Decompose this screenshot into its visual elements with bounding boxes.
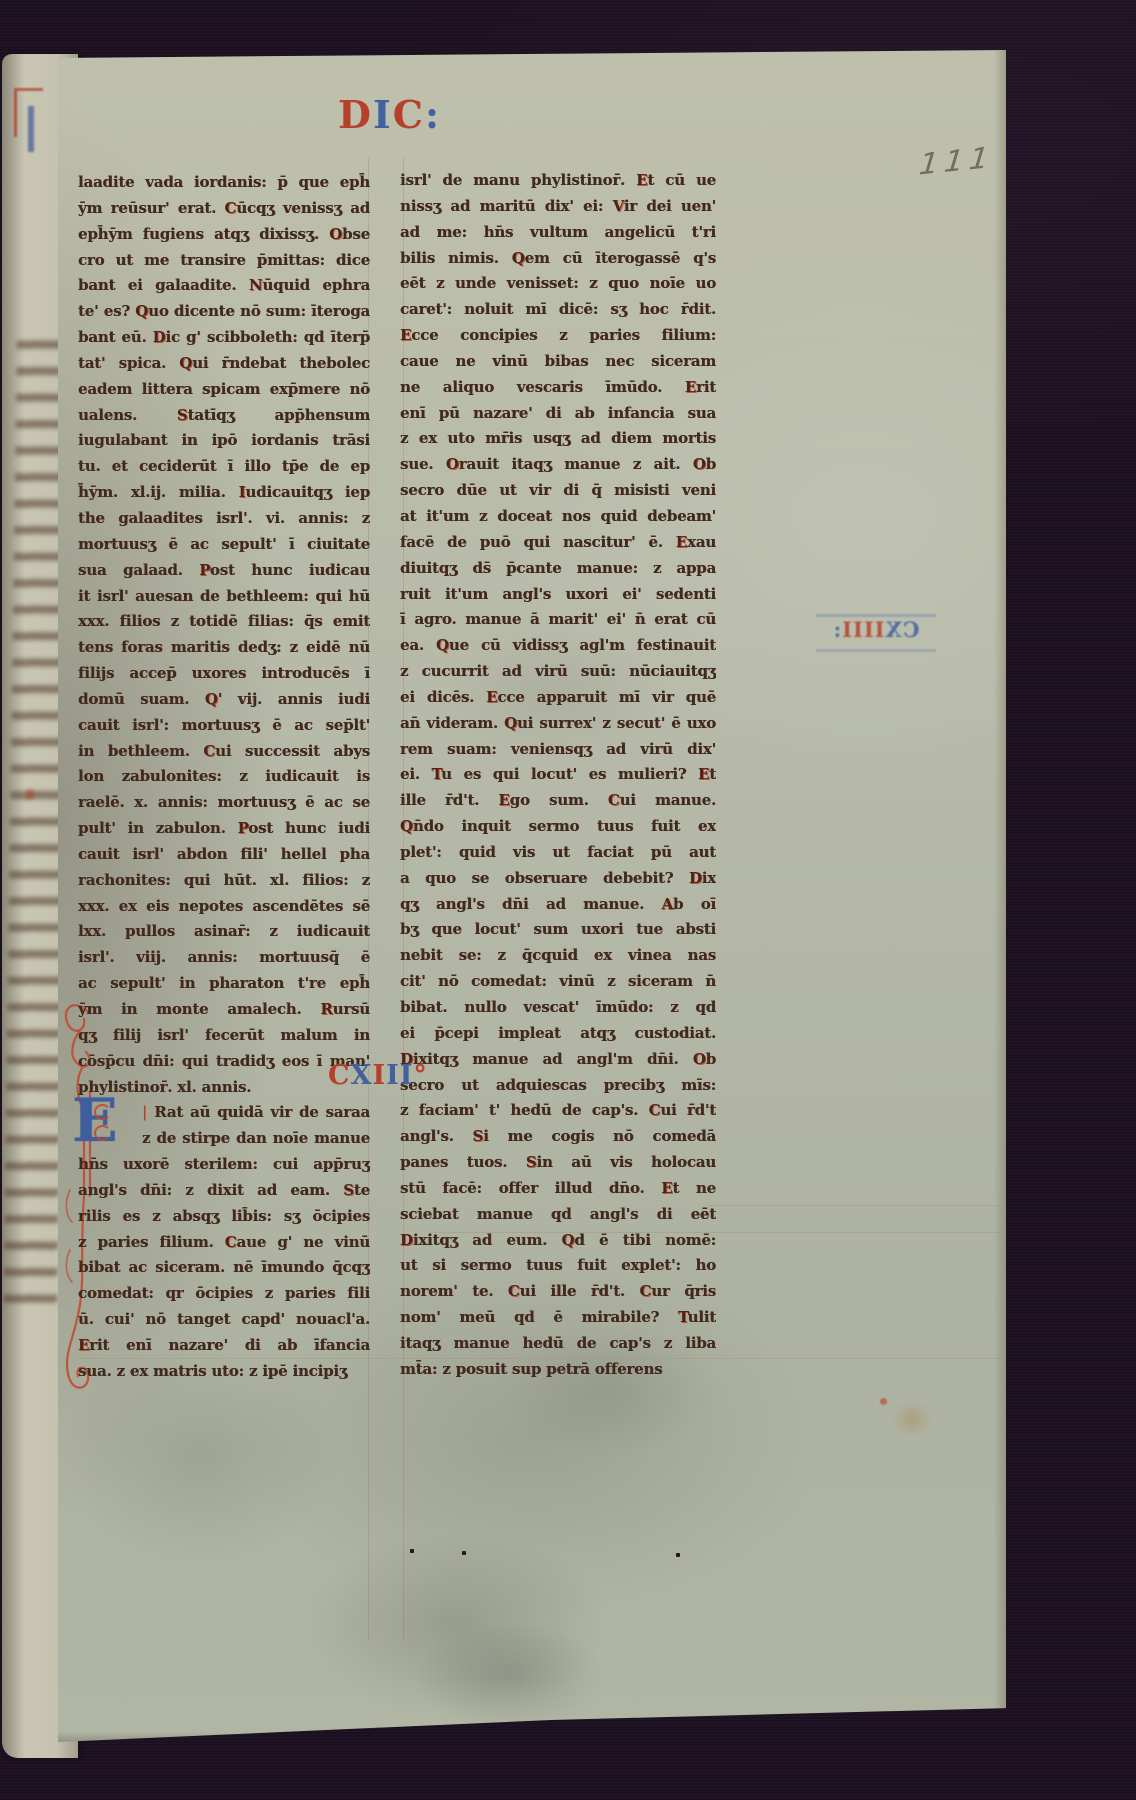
text-segment: P xyxy=(238,819,249,837)
text-segment: S xyxy=(177,406,188,424)
text-segment: cōsp̄cu dn̄i: qui tradidʒ eos ī man' xyxy=(78,1052,370,1070)
text-segment: S xyxy=(526,1153,537,1171)
text-line: rachonites: qui hūt. xl. filios: z xyxy=(78,868,370,894)
text-segment: rauit itaqʒ manue z ait. xyxy=(459,455,693,473)
text-line: panes tuos. Sin aū vis holocau xyxy=(400,1150,716,1176)
text-segment: secro ut adquiescas precibʒ mīs: xyxy=(400,1076,716,1094)
parchment-stain xyxy=(890,1400,934,1438)
text-segment: sua. z ex matris uto: z ipē incipiʒ xyxy=(78,1362,347,1380)
text-segment: Rat aū quidā vir de saraa xyxy=(154,1103,370,1121)
text-segment: rachonites: qui hūt. xl. filios: z xyxy=(78,871,370,889)
text-segment: angl's. xyxy=(400,1127,473,1145)
text-segment: E xyxy=(498,791,509,809)
offset-mark-letter: : xyxy=(832,617,841,642)
text-line: z faciam' t' hedū de cap's. Cui r̄d't xyxy=(400,1098,716,1124)
text-segment: laadite vada iordanis: p̄ que eph̄ xyxy=(78,173,370,191)
text-segment: ut si sermo tuus fuit explet': ho xyxy=(400,1256,716,1274)
text-line: bibat. nullo vescat' īmūdo: z qd xyxy=(400,995,716,1021)
text-segment: z ex uto mr̄is usqʒ ad diem mortis xyxy=(400,429,716,447)
text-line: caue ne vinū bibas nec siceram xyxy=(400,349,716,375)
text-line: z ex uto mr̄is usqʒ ad diem mortis xyxy=(400,426,716,452)
text-line: Erit enī nazare' di ab īfancia xyxy=(78,1333,370,1359)
text-segment: ost hunc iudicau xyxy=(210,561,370,579)
text-segment: Q xyxy=(504,714,517,732)
text-segment: aue g' ne vinū xyxy=(237,1233,370,1251)
text-line: mortuusʒ ē ac sepult' ī ciuitate xyxy=(78,532,370,558)
text-line: diuitqʒ ds̄ p̄cante manue: z appa xyxy=(400,556,716,582)
text-line: laadite vada iordanis: p̄ que eph̄ xyxy=(78,170,370,196)
text-segment: t cū ue xyxy=(647,171,716,189)
text-segment: nissʒ ad maritū dix' ei: xyxy=(400,197,613,215)
text-segment: isrl' de manu phylistinor̄. xyxy=(400,171,636,189)
text-segment: Q xyxy=(562,1231,575,1249)
text-segment: ne aliquo vescaris īmūdo. xyxy=(400,378,685,396)
text-segment: domū suam. xyxy=(78,690,205,708)
ink-speck xyxy=(676,1553,680,1557)
text-segment: C xyxy=(225,199,237,217)
text-line: ille r̄d't. Ego sum. Cui manue. xyxy=(400,788,716,814)
text-segment: u es qui locut' es mulieri? xyxy=(441,765,698,783)
text-segment: the galaadites isrl'. vi. annis: z xyxy=(78,509,370,527)
text-segment: C xyxy=(608,791,620,809)
text-line: ne aliquo vescaris īmūdo. Erit xyxy=(400,375,716,401)
text-line: z cucurrit ad virū suū: nūciauitqʒ xyxy=(400,659,716,685)
text-line: plet': quid vis ut faciat pū aut xyxy=(400,840,716,866)
text-segment: ad me: hn̄s vultum angelicū t'ri xyxy=(400,223,716,241)
text-segment: mt̄a: z posuit sup petrā offerens xyxy=(400,1360,662,1378)
text-line: ei p̄cepi impleat atqʒ custodiat. xyxy=(400,1021,716,1047)
text-segment: cauit isrl': mortuusʒ ē ac sep̄lt' xyxy=(78,716,370,734)
text-segment: isrl'. viij. annis: mortuusq̄ ē xyxy=(78,948,370,966)
text-line: domū suam. Q' vij. annis iudi xyxy=(78,687,370,713)
text-line: bilis nimis. Qem cū īterogassē q's xyxy=(400,246,716,272)
text-line: tu. et ceciderūt ī illo tp̄e de ep xyxy=(78,454,370,480)
text-line: cit' nō comedat: vinū z siceram n̄ xyxy=(400,969,716,995)
text-line: in bethleem. Cui successit abys xyxy=(78,739,370,765)
text-segment: C xyxy=(508,1282,520,1300)
text-line: secro dūe ut vir di q̄ misisti veni xyxy=(400,478,716,504)
chapter-number-letter: II xyxy=(386,1060,413,1091)
text-segment: rit enī nazare' di ab īfancia xyxy=(89,1336,370,1354)
offset-mark-letter: IIII xyxy=(841,617,884,642)
text-segment: Q xyxy=(135,302,148,320)
text-line: pult' in zabulon. Post hunc iudi xyxy=(78,816,370,842)
text-line: ī agro. manue ā marit' ei' n̄ erat cū xyxy=(400,607,716,633)
text-segment: O xyxy=(693,455,706,473)
text-segment: n̄do inquit sermo tuus fuit ex xyxy=(413,817,716,835)
text-line: te' es? Quo dicente nō sum: īteroga xyxy=(78,299,370,325)
text-segment: uo dicente nō sum: īteroga xyxy=(148,302,370,320)
text-segment: ui ille r̄d't. xyxy=(520,1282,640,1300)
text-segment: E xyxy=(486,688,497,706)
text-line: secro ut adquiescas precibʒ mīs: xyxy=(400,1073,716,1099)
text-segment: R xyxy=(320,1000,332,1018)
ink-speck xyxy=(410,1549,414,1553)
text-line: caret': noluit mī dicē: sʒ hoc r̄dit. xyxy=(400,297,716,323)
text-line: z paries filium. Caue g' ne vinū xyxy=(78,1230,370,1256)
text-segment: Q xyxy=(205,690,218,708)
initial-filigree-detail xyxy=(94,1104,111,1120)
text-segment: te xyxy=(354,1181,370,1199)
text-segment: ixitqʒ ad eum. xyxy=(413,1231,562,1249)
text-segment: C xyxy=(225,1233,237,1251)
text-segment: ei. xyxy=(400,765,432,783)
text-line: stū facē: offer illud dn̄o. Et ne xyxy=(400,1176,716,1202)
text-line: ad me: hn̄s vultum angelicū t'ri xyxy=(400,220,716,246)
running-title: DIC: xyxy=(338,92,488,140)
text-line: isrl' de manu phylistinor̄. Et cū ue xyxy=(400,168,716,194)
text-segment: rilis es z absqʒ lib̄is: sʒ ōcipies xyxy=(78,1207,370,1225)
text-line: itaqʒ manue hedū de cap's z liba xyxy=(400,1331,716,1357)
text-segment: xxx. ex eis nepotes ascendētes sē xyxy=(78,897,370,915)
text-segment: it isrl' auesan de bethleem: qui hū xyxy=(78,587,370,605)
text-segment: z cucurrit ad virū suū: nūciauitqʒ xyxy=(400,662,716,680)
text-line: bant ei galaadite. Nūquid ephra xyxy=(78,273,370,299)
text-segment: secro dūe ut vir di q̄ misisti veni xyxy=(400,481,716,499)
text-segment: at it'um z doceat nos quid debeam' xyxy=(400,507,716,525)
text-segment: ursū xyxy=(333,1000,370,1018)
text-line: qʒ angl's dn̄i ad manue. Ab oī xyxy=(400,892,716,918)
text-segment: ualens. xyxy=(78,406,177,424)
text-segment: ac sepult' in pharaton t're eph̄ xyxy=(78,974,370,992)
text-segment: panes tuos. xyxy=(400,1153,526,1171)
text-segment: O xyxy=(329,225,342,243)
chapter-number-letter: X xyxy=(351,1060,373,1091)
text-segment: z faciam' t' hedū de cap's. xyxy=(400,1101,649,1119)
ink-speck xyxy=(462,1551,466,1555)
text-line: eph̄ȳm fugiens atqʒ dixissʒ. Obse xyxy=(78,222,370,248)
text-line: ei. Tu es qui locut' es mulieri? Et xyxy=(400,762,716,788)
text-segment: D xyxy=(153,328,166,346)
text-line: lxx. pullos asinar̄: z iudicauit xyxy=(78,919,370,945)
text-segment: caue ne vinū bibas nec siceram xyxy=(400,352,716,370)
text-line: rilis es z absqʒ lib̄is: sʒ ōcipies xyxy=(78,1204,370,1230)
text-line: at it'um z doceat nos quid debeam' xyxy=(400,504,716,530)
text-segment: xxx. filios z totidē filias: q̄s emit xyxy=(78,612,370,630)
text-column-left: laadite vada iordanis: p̄ que eph̄ȳm re… xyxy=(78,170,370,1385)
text-line: facē de puō qui nascitur' ē. Exau xyxy=(400,530,716,556)
text-segment: Q xyxy=(436,636,449,654)
text-segment: A xyxy=(662,895,673,913)
initial-filigree-detail xyxy=(94,1125,111,1141)
text-segment: tat' spica. xyxy=(78,354,179,372)
text-segment: C xyxy=(640,1282,652,1300)
text-line: eadem littera spicam exp̄mere nō xyxy=(78,377,370,403)
text-line: h̄ȳm. xl.ij. milia. Iudicauitqʒ iep xyxy=(78,480,370,506)
text-segment: b xyxy=(706,455,716,473)
text-segment: diuitqʒ ds̄ p̄cante manue: z appa xyxy=(400,559,716,577)
text-segment: sue. xyxy=(400,455,446,473)
text-segment: Q xyxy=(179,354,192,372)
text-segment: ' vij. annis iudi xyxy=(218,690,370,708)
text-segment: cauit isrl' abdon fili' hellel pha xyxy=(78,845,370,863)
text-line: Ecce concipies z paries filium: xyxy=(400,323,716,349)
text-line: ū. cui' nō tanget capd' nouacl'a. xyxy=(78,1307,370,1333)
text-line: bant eū. Dic g' scibboleth: qd īterp̄ xyxy=(78,325,370,351)
text-line: phylistinor̄. xl. annis. xyxy=(78,1075,370,1101)
text-line: eēt z unde venisset: z quo noīe uo xyxy=(400,271,716,297)
initial-letter: E xyxy=(72,1086,118,1156)
text-segment: cce concipies z paries filium: xyxy=(411,326,716,344)
text-segment: angl's dn̄i: z dixit ad eam. xyxy=(78,1181,343,1199)
text-segment: P xyxy=(199,561,210,579)
text-segment: ic g' scibboleth: qd īterp̄ xyxy=(165,328,370,346)
text-line: ut si sermo tuus fuit explet': ho xyxy=(400,1253,716,1279)
text-line: tens foras maritis dedʒ: z eidē nū xyxy=(78,635,370,661)
text-segment: V xyxy=(613,197,624,215)
ruling-line-horizontal xyxy=(708,1205,1000,1206)
text-segment: ui successit abys xyxy=(215,742,370,760)
text-segment: sua galaad. xyxy=(78,561,199,579)
text-segment: bʒ que locut' sum uxori tue absti xyxy=(400,920,716,938)
text-segment: bant ei galaadite. xyxy=(78,276,249,294)
text-segment: em cū īterogassē q's xyxy=(525,249,716,267)
text-line: Dixitqʒ manue ad angl'm dn̄i. Ob xyxy=(400,1047,716,1073)
text-line: a quo se obseruare debebit? Dix xyxy=(400,866,716,892)
text-segment: rem suam: veniensqʒ ad virū dix' xyxy=(400,740,716,758)
text-segment: Q xyxy=(400,817,413,835)
text-segment: raelē. x. annis: mortuusʒ ē ac se xyxy=(78,793,370,811)
text-segment: tu. et ceciderūt ī illo tp̄e de ep xyxy=(78,457,370,475)
text-line: qʒ filij isrl' fecerūt malum in xyxy=(78,1023,370,1049)
text-segment: T xyxy=(678,1308,688,1326)
text-line: angl's. Si me cogis nō comedā xyxy=(400,1124,716,1150)
text-line: raelē. x. annis: mortuusʒ ē ac se xyxy=(78,790,370,816)
text-line: an̄ videram. Qui surrex' z secut' ē uxo xyxy=(400,711,716,737)
parchment-stain xyxy=(410,1620,610,1730)
text-segment: eph̄ȳm fugiens atqʒ dixissʒ. xyxy=(78,225,329,243)
text-line: enī pū nazare' di ab infancia sua xyxy=(400,401,716,427)
text-segment: bant eū. xyxy=(78,328,153,346)
text-segment: ur q̄ris xyxy=(651,1282,716,1300)
text-column-right: isrl' de manu phylistinor̄. Et cū uenis… xyxy=(400,168,716,1383)
text-segment: C xyxy=(203,742,215,760)
text-segment: S xyxy=(473,1127,484,1145)
text-segment: sciebat manue qd angl's di eēt xyxy=(400,1205,716,1223)
text-line: Qn̄do inquit sermo tuus fuit ex xyxy=(400,814,716,840)
text-segment: comedat: qr ōcipies z paries fili xyxy=(78,1284,370,1302)
text-line: cōsp̄cu dn̄i: qui tradidʒ eos ī man' xyxy=(78,1049,370,1075)
text-line: z de stirpe dan noīe manue xyxy=(78,1126,370,1152)
text-line: nissʒ ad maritū dix' ei: Vir dei uen' xyxy=(400,194,716,220)
text-segment: hn̄s uxorē sterilem: cui app̄ruʒ xyxy=(78,1155,370,1173)
text-segment: norem' te. xyxy=(400,1282,508,1300)
text-line: cauit isrl': mortuusʒ ē ac sep̄lt' xyxy=(78,713,370,739)
text-segment: ix xyxy=(702,869,716,887)
text-segment: S xyxy=(343,1181,354,1199)
manuscript-page: DIC: 111 laadite vada iordanis: p̄ que e… xyxy=(58,50,1006,1742)
text-segment: lon zabulonites: z iudicauit is xyxy=(78,767,370,785)
decorated-initial: E xyxy=(72,1092,118,1150)
text-segment: ixitqʒ manue ad angl'm dn̄i. xyxy=(413,1050,693,1068)
text-segment: E xyxy=(400,326,411,344)
text-segment: go sum. xyxy=(510,791,608,809)
text-line: tat' spica. Qui r̄ndebat thebolec xyxy=(78,351,370,377)
text-line: angl's dn̄i: z dixit ad eam. Ste xyxy=(78,1178,370,1204)
red-ink-dot xyxy=(880,1398,887,1405)
running-title-letter: : xyxy=(425,92,441,137)
text-segment: t xyxy=(709,765,716,783)
text-segment: ille r̄d't. xyxy=(400,791,498,809)
running-title-letter: C xyxy=(393,92,425,137)
text-segment: ui surrex' z secut' ē uxo xyxy=(517,714,716,732)
text-segment: ost hunc iudi xyxy=(248,819,370,837)
text-line: the galaadites isrl'. vi. annis: z xyxy=(78,506,370,532)
text-line: xxx. ex eis nepotes ascendētes sē xyxy=(78,894,370,920)
text-segment: N xyxy=(249,276,263,294)
text-segment: E xyxy=(698,765,709,783)
text-segment: stū facē: offer illud dn̄o. xyxy=(400,1179,661,1197)
text-line: iugulabant in ipō iordanis trāsi xyxy=(78,428,370,454)
text-segment: ui r̄ndebat thebolec xyxy=(192,354,370,372)
chapter-number-letter: ° xyxy=(413,1060,428,1091)
text-line: | Rat aū quidā vir de saraa xyxy=(78,1100,370,1126)
text-line: norem' te. Cui ille r̄d't. Cur q̄ris xyxy=(400,1279,716,1305)
text-segment: i me cogis nō comedā xyxy=(483,1127,716,1145)
text-line: Dixitqʒ ad eum. Qd ē tibi nomē: xyxy=(400,1228,716,1254)
text-line: ac sepult' in pharaton t're eph̄ xyxy=(78,971,370,997)
text-line: mt̄a: z posuit sup petrā offerens xyxy=(400,1357,716,1383)
text-segment: ū. cui' nō tanget capd' nouacl'a. xyxy=(78,1310,370,1328)
text-segment: cit' nō comedat: vinū z siceram n̄ xyxy=(400,972,716,990)
text-line: rem suam: veniensqʒ ad virū dix' xyxy=(400,737,716,763)
text-segment: eadem littera spicam exp̄mere nō xyxy=(78,380,370,398)
text-line: sue. Orauit itaqʒ manue z ait. Ob xyxy=(400,452,716,478)
text-segment: ulit xyxy=(688,1308,716,1326)
text-line: sciebat manue qd angl's di eēt xyxy=(400,1202,716,1228)
text-segment: iugulabant in ipō iordanis trāsi xyxy=(78,431,370,449)
text-segment: bibat ac siceram. nē īmundo q̄cqʒ xyxy=(78,1258,370,1276)
text-line: nom' meū qd ē mirabile? Tulit xyxy=(400,1305,716,1331)
text-segment: E xyxy=(661,1179,672,1197)
text-line: cauit isrl' abdon fili' hellel pha xyxy=(78,842,370,868)
folio-number: 111 xyxy=(913,140,998,182)
text-segment: D xyxy=(689,869,702,887)
text-line: comedat: qr ōcipies z paries fili xyxy=(78,1281,370,1307)
text-segment: E xyxy=(78,1336,89,1354)
text-line: ei dicēs. Ecce apparuit mī vir quē xyxy=(400,685,716,711)
chapter-number-letter: C xyxy=(328,1060,351,1091)
prev-folio-red-dab xyxy=(26,790,34,799)
text-line: cro ut me transire p̄mittas: dice xyxy=(78,248,370,274)
text-segment: E xyxy=(685,378,696,396)
text-segment: ei p̄cepi impleat atqʒ custodiat. xyxy=(400,1024,716,1042)
text-segment: t ne xyxy=(672,1179,716,1197)
text-line: hn̄s uxorē sterilem: cui app̄ruʒ xyxy=(78,1152,370,1178)
text-line: ualens. Statīqʒ app̄hensum xyxy=(78,403,370,429)
text-segment: E xyxy=(676,533,687,551)
text-segment: xau xyxy=(687,533,716,551)
page-edge-shading xyxy=(994,50,1006,1742)
text-line: it isrl' auesan de bethleem: qui hū xyxy=(78,584,370,610)
text-line: ruit it'um angl's uxori ei' sedenti xyxy=(400,582,716,608)
text-line: lon zabulonites: z iudicauit is xyxy=(78,764,370,790)
text-segment: rit xyxy=(696,378,716,396)
text-segment: filijs accep̄ uxores introducēs ī xyxy=(78,664,370,682)
text-line: ȳm reūsur' erat. Cūcqʒ venissʒ ad ea xyxy=(78,196,370,222)
text-segment: an̄ videram. xyxy=(400,714,504,732)
text-line: ea. Que cū vidissʒ agl'm festinauit xyxy=(400,633,716,659)
text-line: filijs accep̄ uxores introducēs ī xyxy=(78,661,370,687)
prev-folio-blue-initial xyxy=(28,106,34,152)
text-segment: tens foras maritis dedʒ: z eidē nū xyxy=(78,638,370,656)
text-segment: T xyxy=(432,765,442,783)
text-line: ȳm in monte amalech. Rursū xyxy=(78,997,370,1023)
text-segment: E xyxy=(636,171,647,189)
text-segment: qʒ angl's dn̄i ad manue. xyxy=(400,895,662,913)
text-segment: itaqʒ manue hedū de cap's z liba xyxy=(400,1334,716,1352)
text-segment: ea. xyxy=(400,636,436,654)
text-segment: ī agro. manue ā marit' ei' n̄ erat cū xyxy=(400,610,716,628)
text-segment: b xyxy=(706,1050,716,1068)
text-segment: tatīqʒ app̄hensum xyxy=(188,406,370,424)
text-segment: | xyxy=(142,1103,154,1121)
text-segment: cro ut me transire p̄mittas: dice xyxy=(78,251,370,269)
text-segment: ui r̄d't xyxy=(660,1101,716,1119)
text-segment: in bethleem. xyxy=(78,742,203,760)
running-title-letter: D xyxy=(338,92,373,137)
text-line: sua galaad. Post hunc iudicau xyxy=(78,558,370,584)
text-segment: ȳm reūsur' erat. xyxy=(78,199,225,217)
text-segment: bibat. nullo vescat' īmūdo: z qd xyxy=(400,998,716,1016)
text-segment: nom' meū qd ē mirabile? xyxy=(400,1308,678,1326)
text-segment: caret': noluit mī dicē: sʒ hoc r̄dit. xyxy=(400,300,716,318)
chapter-number-letter: I xyxy=(372,1060,386,1091)
text-segment: C xyxy=(649,1101,661,1119)
text-segment: bse xyxy=(342,225,370,243)
text-segment: udicauitqʒ iep xyxy=(245,483,370,501)
chapter-number: CXIII° xyxy=(328,1060,428,1091)
text-segment: O xyxy=(693,1050,706,1068)
text-line: bʒ que locut' sum uxori tue absti xyxy=(400,917,716,943)
text-segment: ue cū vidissʒ agl'm festinauit xyxy=(449,636,716,654)
text-line: bibat ac siceram. nē īmundo q̄cqʒ xyxy=(78,1255,370,1281)
text-segment: bilis nimis. xyxy=(400,249,512,267)
text-segment: Q xyxy=(512,249,525,267)
text-line: isrl'. viij. annis: mortuusq̄ ē xyxy=(78,945,370,971)
text-segment: cce apparuit mī vir quē xyxy=(497,688,716,706)
text-segment: b oī xyxy=(673,895,716,913)
text-segment: O xyxy=(446,455,459,473)
text-segment: pult' in zabulon. xyxy=(78,819,238,837)
text-segment: ui manue. xyxy=(620,791,716,809)
text-line: nebit se: z q̄cquid ex vinea nas xyxy=(400,943,716,969)
offset-chapter-mark-mirrored: CXIIII: xyxy=(816,614,936,652)
text-segment: mortuusʒ ē ac sepult' ī ciuitate xyxy=(78,535,370,553)
text-segment: nebit se: z q̄cquid ex vinea nas xyxy=(400,946,716,964)
text-segment: enī pū nazare' di ab infancia sua xyxy=(400,404,716,422)
text-segment: in aū vis holocau xyxy=(536,1153,716,1171)
text-segment: h̄ȳm. xl.ij. milia. xyxy=(78,483,239,501)
photograph-stage: DIC: 111 laadite vada iordanis: p̄ que e… xyxy=(0,0,1136,1800)
text-segment: lxx. pullos asinar̄: z iudicauit xyxy=(78,922,370,940)
text-segment: eēt z unde venisset: z quo noīe uo xyxy=(400,274,716,292)
text-segment: qʒ filij isrl' fecerūt malum in xyxy=(78,1026,370,1044)
text-segment: D xyxy=(400,1231,413,1249)
text-segment: ir dei uen' xyxy=(624,197,716,215)
text-segment: d ē tibi nomē: xyxy=(574,1231,716,1249)
text-line: sua. z ex matris uto: z ipē incipiʒ xyxy=(78,1359,370,1385)
text-segment: a quo se obseruare debebit? xyxy=(400,869,689,887)
text-segment: te' es? xyxy=(78,302,135,320)
offset-mark-letter: X xyxy=(885,617,902,642)
text-segment: plet': quid vis ut faciat pū aut xyxy=(400,843,716,861)
running-title-letter: I xyxy=(373,92,393,137)
offset-mark-letter: C xyxy=(902,617,920,642)
text-segment: facē de puō qui nascitur' ē. xyxy=(400,533,676,551)
text-segment: z paries filium. xyxy=(78,1233,225,1251)
text-segment: ei dicēs. xyxy=(400,688,486,706)
